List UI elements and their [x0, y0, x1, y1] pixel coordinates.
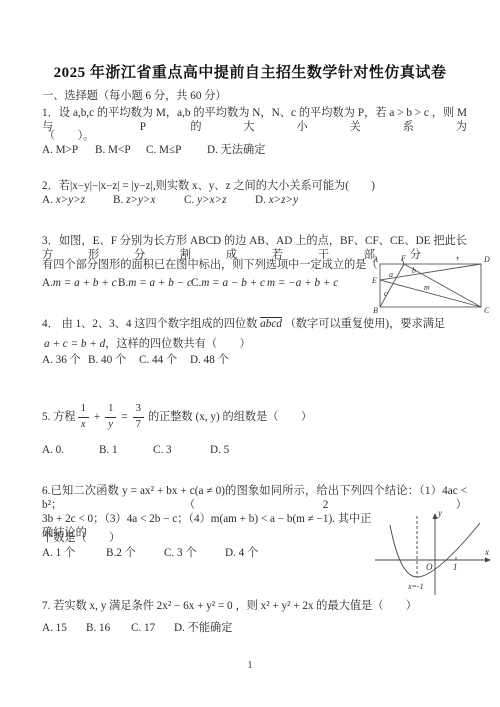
- segment-de: [380, 264, 481, 280]
- q5-option-c: C. 3: [153, 443, 172, 457]
- q5-option-d: D. 5: [210, 443, 229, 457]
- y-axis-label: y: [437, 508, 442, 518]
- vertex-c-label: C: [484, 306, 490, 315]
- q6-options: A. 1 个 B.2 个 C. 3 个 D. 4 个: [42, 546, 372, 561]
- q5-option-b: B. 1: [99, 443, 118, 457]
- rectangle-abcd: [380, 264, 481, 307]
- q1-options: A. M>P B. M<P C. M≤P D. 无法确定: [42, 143, 467, 158]
- q6-option-c: C. 3 个: [164, 546, 197, 560]
- plus-sign: +: [94, 410, 100, 424]
- q2-option-c: C. y>x>z: [184, 193, 226, 207]
- q2-option-b: B. z>y>x: [113, 193, 155, 207]
- region-m-label: m: [424, 283, 430, 292]
- q5-options: A. 0. B. 1 C. 3 D. 5: [42, 443, 467, 458]
- vertex-d-label: D: [483, 255, 490, 264]
- q3-option-d: m = −a + b + c: [267, 276, 338, 290]
- q2-options: A. x>y>z B. z>y>x C. y>x>z D. x>z>y: [42, 193, 467, 208]
- q4-option-b: B. 40 个: [88, 353, 126, 367]
- q6-figure-parabola: y x O 1 x=-1: [372, 502, 496, 596]
- q7-option-a: A. 15: [42, 621, 67, 635]
- q6-option-b: B.2 个: [106, 546, 136, 560]
- q3-option-c: C.m = a − b + c: [191, 276, 265, 290]
- q6-option-a: A. 1 个: [42, 546, 75, 560]
- y-axis-arrow: [433, 513, 438, 519]
- q6-option-d: D. 4 个: [225, 546, 258, 560]
- x-axis-arrow: [485, 558, 491, 563]
- q5-option-a: A. 0.: [42, 443, 64, 457]
- fraction-1-over-y: 1y: [105, 404, 116, 430]
- q4-line2: a + c = b + d，这样的四位数共有（ ）: [44, 337, 251, 351]
- segment-ce: [380, 280, 481, 307]
- q1-line2: （ ）。: [44, 129, 94, 143]
- q4-option-a: A. 36 个: [42, 353, 81, 367]
- q7-line1: 7. 若实数 x, y 满足条件 2x² − 6x + y² = 0 ，则 x²…: [42, 599, 417, 613]
- vertex-x-label: x=-1: [407, 582, 424, 591]
- overline-abcd: abcd: [260, 318, 282, 330]
- q2-option-d: D. x>z>y: [255, 193, 298, 207]
- region-a-label: a: [389, 270, 393, 279]
- q3-figure-rectangle: A D B C E F a b m c: [372, 252, 490, 314]
- region-b-label: b: [412, 266, 416, 275]
- exam-page: { "page": { "title": "2025 年浙江省重点高中提前自主招…: [0, 0, 500, 707]
- x-axis-label: x: [484, 547, 489, 557]
- section-header: 一、选择题（每小题 6 分，共 60 分）: [42, 89, 227, 103]
- tick-1-label: 1: [453, 562, 458, 572]
- q1-option-a: A. M>P: [42, 143, 78, 157]
- fraction-1-over-x: 1x: [78, 404, 89, 430]
- origin-label: O: [426, 562, 433, 572]
- fraction-3-over-7: 37: [133, 404, 144, 430]
- q3-option-b: B.m = a + b − c: [118, 276, 192, 290]
- q2-option-a: A. x>y>z: [42, 193, 85, 207]
- q2-line1: 2．若|x−y|−|x−z| = |y−z|,则实数 x、y、z 之间的大小关系…: [42, 179, 375, 193]
- vertex-a-label: A: [372, 255, 378, 264]
- q4-options: A. 36 个 B. 40 个 C. 44 个 D. 48 个: [42, 353, 467, 368]
- q3-option-a: A.m = a + b + c: [42, 276, 117, 290]
- q7-option-c: C. 17: [131, 621, 155, 635]
- page-number: 1: [0, 660, 500, 673]
- equals-sign: =: [121, 410, 127, 424]
- point-e-label: E: [371, 276, 377, 285]
- page-title: 2025 年浙江省重点高中提前自主招生数学针对性仿真试卷: [0, 64, 500, 83]
- q1-line1: 1．设 a,b,c 的平均数为 M，a,b 的平均数为 N，N、c 的平均数为 …: [42, 106, 467, 134]
- q4-line1: 4． 由 1、2、3、4 这四个数字组成的四位数 abcd （数字可以重复使用)…: [42, 317, 445, 331]
- q5-equation: 5. 方程 1x + 1y = 37 的正整数 (x, y) 的组数是（ ）: [42, 404, 312, 430]
- q4-option-d: D. 48 个: [190, 353, 229, 367]
- q7-option-b: B. 16: [86, 621, 110, 635]
- q7-option-d: D. 不能确定: [174, 621, 232, 635]
- q1-option-b: B. M<P: [95, 143, 131, 157]
- q4-option-c: C. 44 个: [139, 353, 177, 367]
- point-f-label: F: [400, 254, 406, 263]
- region-c-label: c: [384, 289, 388, 298]
- vertex-b-label: B: [373, 306, 378, 315]
- q1-option-c: C. M≤P: [146, 143, 181, 157]
- q1-option-d: D. 无法确定: [207, 143, 265, 157]
- q6-line3: 个数是（ ）: [42, 531, 120, 545]
- q3-line2: 有四个部分图形的面积已在图中标出，则下列选项中一定成立的是（ ）: [42, 258, 411, 272]
- q7-options: A. 15 B. 16 C. 17 D. 不能确定: [42, 621, 467, 636]
